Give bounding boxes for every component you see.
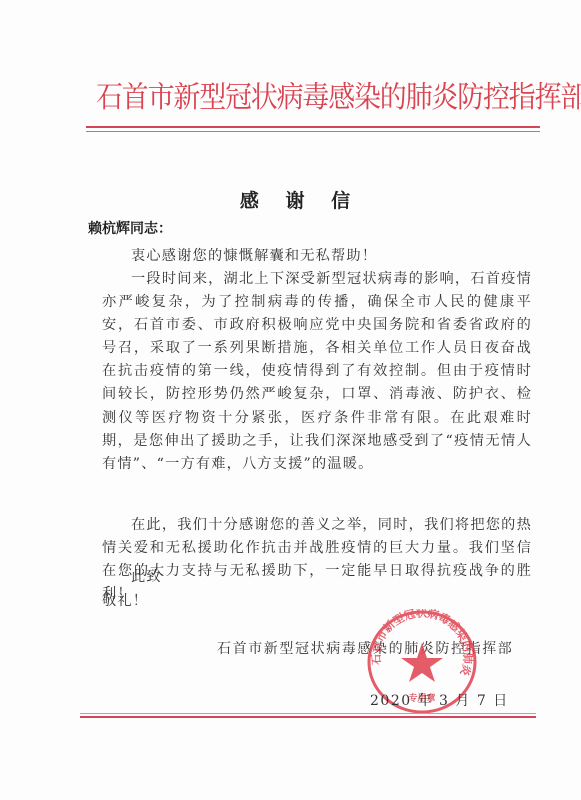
closing-salute: 敬礼！ bbox=[102, 590, 148, 610]
letter-page: 石首市新型冠状病毒感染的肺炎防控指挥部 感 谢 信 赖杭辉同志： 衷心感谢您的慷… bbox=[0, 0, 581, 800]
footer-rule-thin bbox=[80, 713, 536, 714]
salutation: 赖杭辉同志： bbox=[88, 218, 172, 238]
header-rule-thin bbox=[86, 131, 540, 132]
organization-header: 石首市新型冠状病毒感染的肺炎防控指挥部 bbox=[96, 78, 536, 118]
letter-title: 感 谢 信 bbox=[230, 186, 370, 213]
footer-rule-thick bbox=[80, 716, 536, 718]
date: 2020 年 3 月 7 日 bbox=[370, 690, 509, 710]
paragraph-3: 在此，我们十分感谢您的善义之举，同时，我们将把您的热情关爱和无私援助化作抗击并战… bbox=[102, 514, 532, 606]
paragraph-1: 衷心感谢您的慷慨解囊和无私帮助！ bbox=[102, 245, 532, 268]
closing-phrase: 此致 bbox=[131, 566, 162, 586]
paragraph-2: 一段时间来，湖北上下深受新型冠状病毒的影响，石首疫情亦严峻复杂，为了控制病毒的传… bbox=[102, 268, 532, 476]
header-rule-thick bbox=[86, 126, 540, 128]
